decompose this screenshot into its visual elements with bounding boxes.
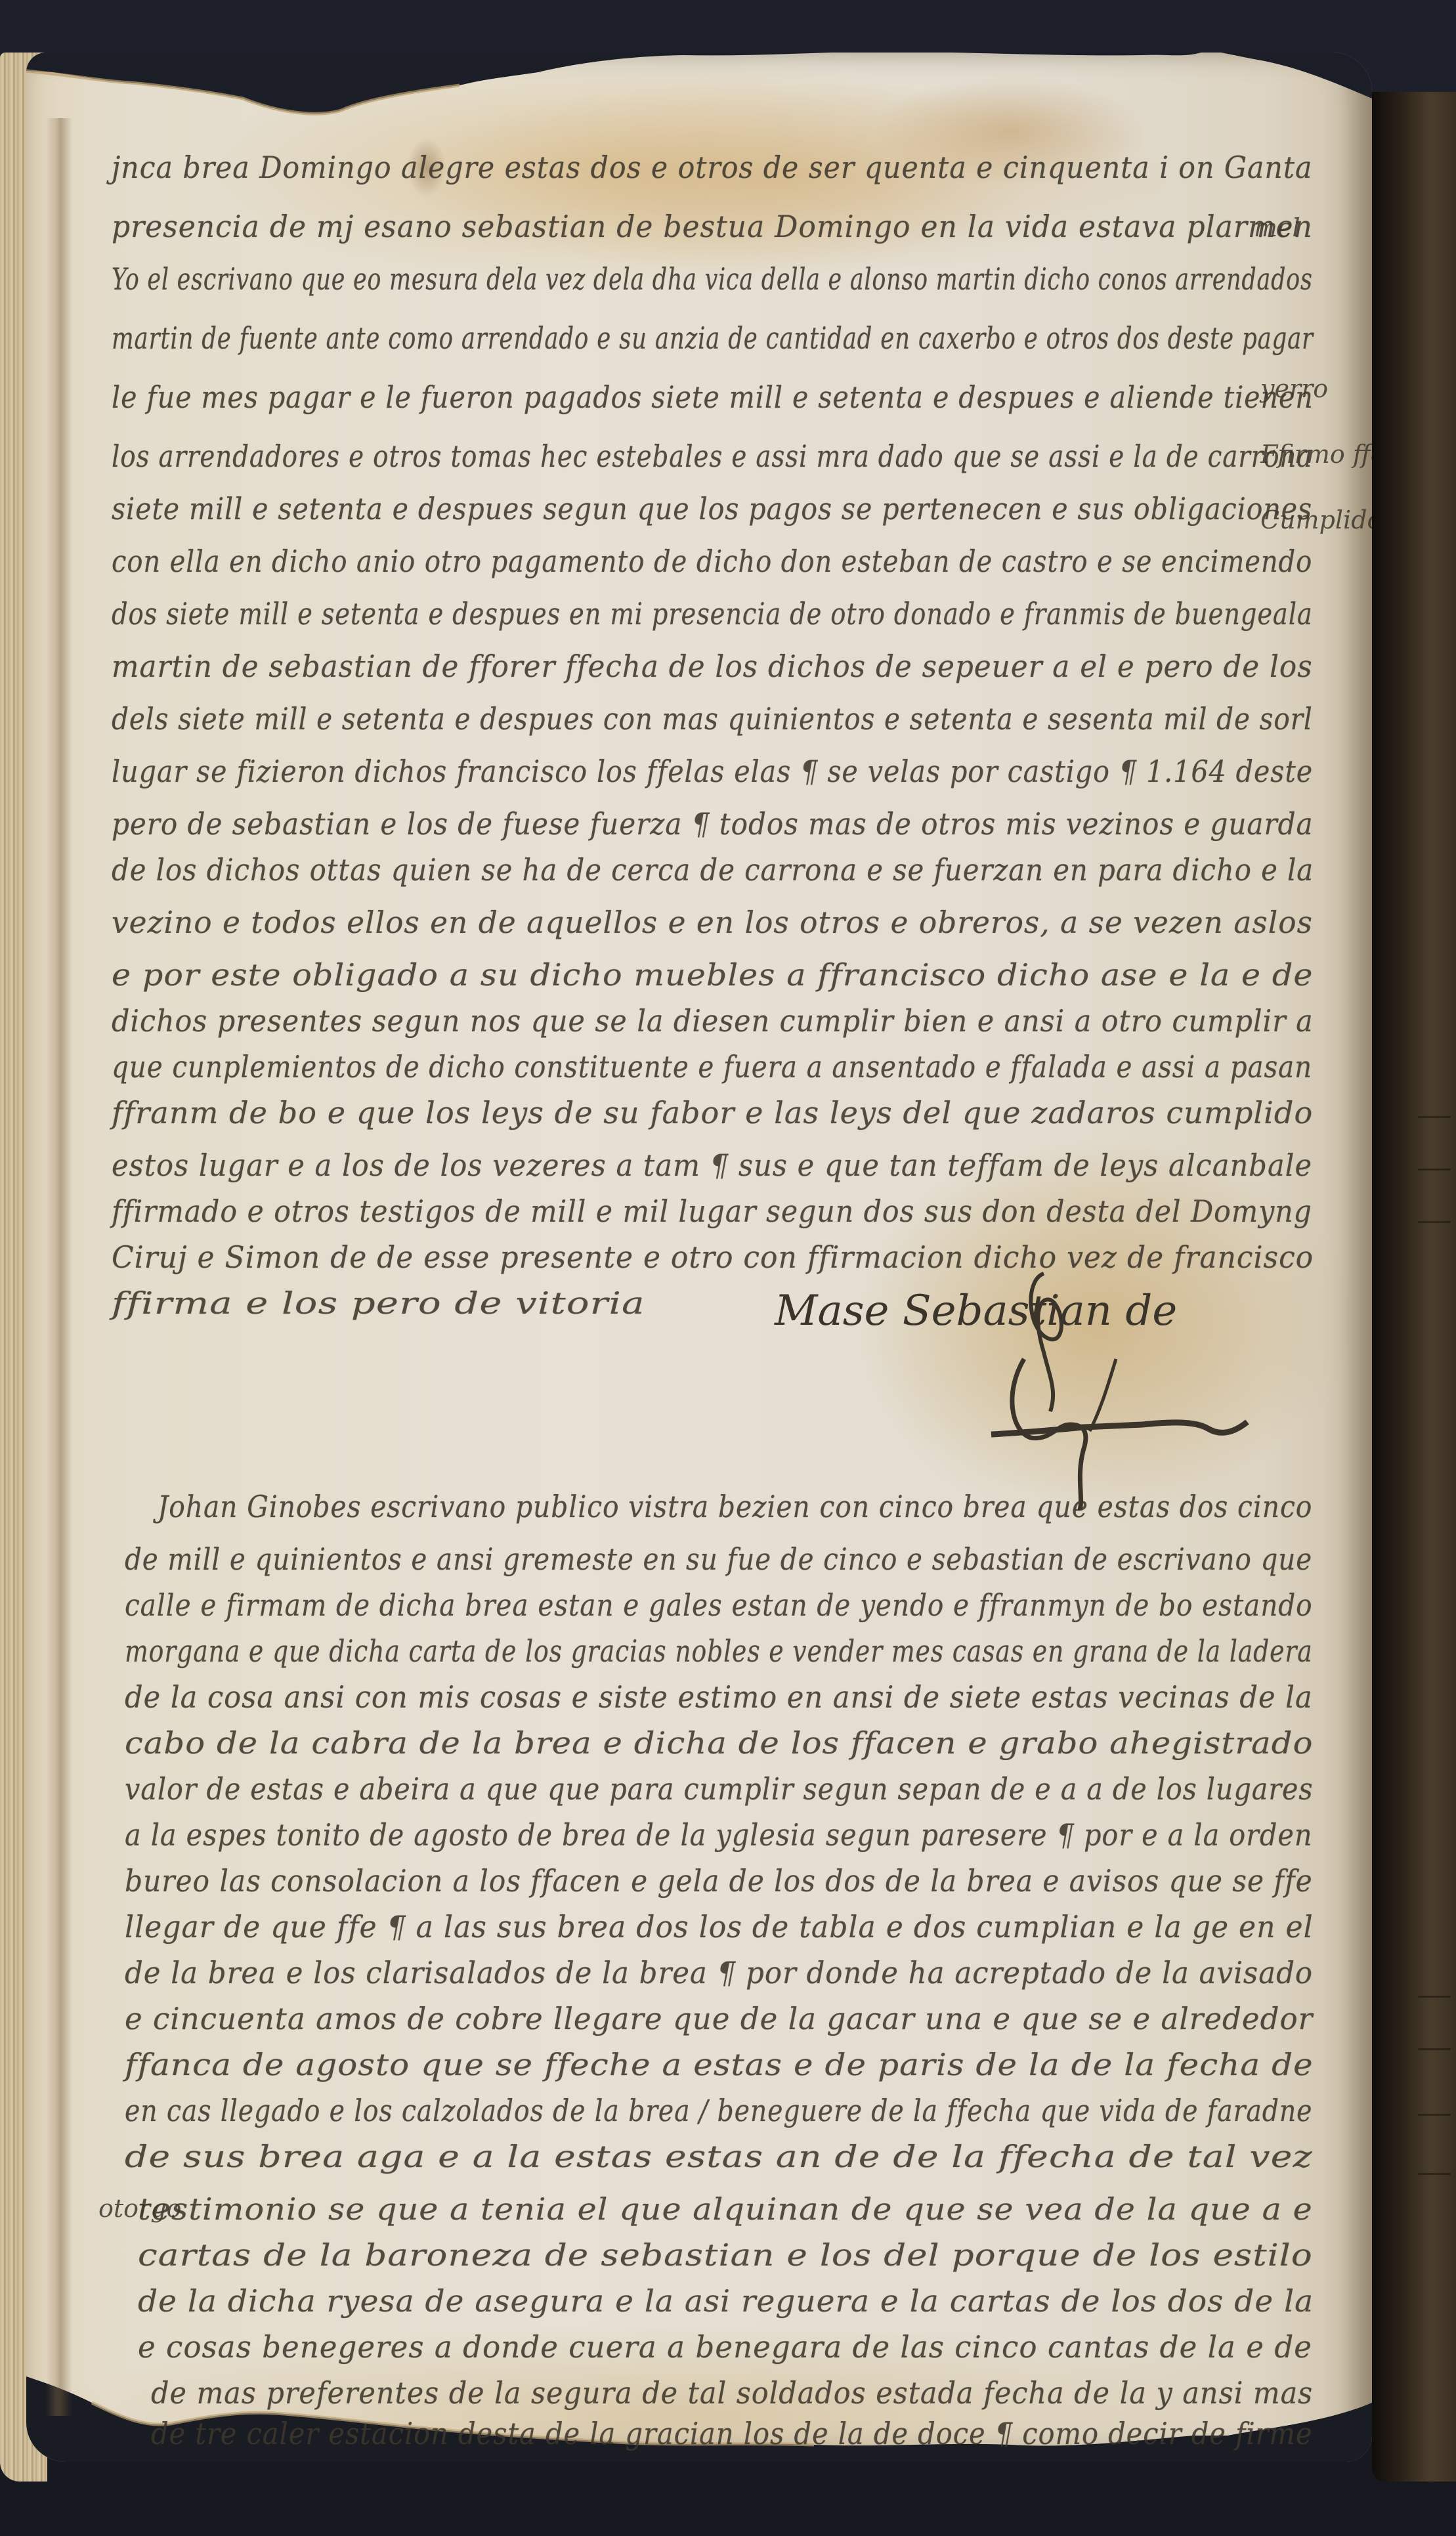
handwritten-line: cabo de la cabra de la brea e dicha de l…: [125, 1725, 1313, 1761]
handwritten-line: de sus brea aga e a la estas estas an de…: [125, 2139, 1313, 2174]
facing-page-ink: [1418, 1221, 1451, 1223]
handwritten-line: testimonio se que a tenia el que alquina…: [138, 2191, 1313, 2227]
handwritten-line: de la brea e los clarisalados de la brea…: [125, 1955, 1313, 1990]
handwritten-line: e cosas benegeres a donde cuera a benega…: [138, 2329, 1312, 2365]
handwritten-line: de tre caler estacion desta de la gracia…: [151, 2416, 1312, 2451]
handwritten-line: en cas llegado e los calzolados de la br…: [125, 2093, 1312, 2128]
facing-page-ink: [1418, 2173, 1451, 2175]
handwritten-line: cartas de la baroneza de sebastian e los…: [138, 2237, 1313, 2273]
margin-note: otorgo: [98, 2194, 181, 2223]
manuscript-scene: jnca brea Domingo alegre estas dos e otr…: [0, 0, 1456, 2536]
handwritten-line: bureo las consolacion a los ffacen e gel…: [125, 1863, 1313, 1899]
handwritten-line: valor de estas e abeira a que que para c…: [125, 1771, 1314, 1807]
facing-page-ink: [1418, 2048, 1451, 2050]
handwritten-line: de la cosa ansi con mis cosas e siste es…: [125, 1679, 1313, 1715]
handwritten-line: ffanca de agosto que se ffeche a estas e…: [125, 2047, 1314, 2082]
handwritten-line: de mill e quinientos e ansi gremeste en …: [125, 1541, 1312, 1577]
handwritten-line: e cincuenta amos de cobre llegare que de…: [125, 2001, 1313, 2036]
facing-page-ink: [1418, 1116, 1451, 1118]
handwritten-line: Johan Ginobes escrivano publico vistra b…: [158, 1489, 1312, 1524]
handwritten-line: de mas preferentes de la segura de tal s…: [151, 2375, 1313, 2411]
notarial-entry-2: Johan Ginobes escrivano publico vistra b…: [26, 53, 1372, 2462]
manuscript-page: jnca brea Domingo alegre estas dos e otr…: [26, 53, 1372, 2462]
facing-page-ink: [1418, 1169, 1451, 1171]
facing-page-ink: [1418, 2114, 1451, 2116]
handwritten-line: a la espes tonito de agosto de brea de l…: [125, 1817, 1312, 1853]
handwritten-line: calle e firmam de dicha brea estan e gal…: [125, 1587, 1313, 1623]
handwritten-line: de la dicha ryesa de asegura e la asi re…: [138, 2283, 1314, 2319]
handwritten-line: morgana e que dicha carta de los gracias…: [125, 1633, 1313, 1669]
facing-page-shadow: [1372, 92, 1456, 2482]
facing-page-ink: [1418, 1996, 1451, 1998]
handwritten-line: llegar de que ffe ¶ a las sus brea dos l…: [125, 1909, 1314, 1945]
